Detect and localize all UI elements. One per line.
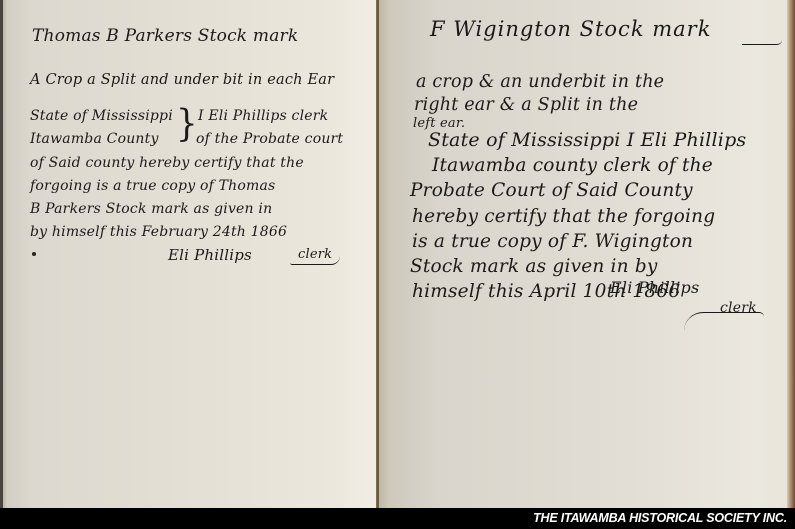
- caption-text: THE ITAWAMBA HISTORICAL SOCIETY INC.: [533, 511, 787, 525]
- left-cert-line-3: of Said county hereby certify that the: [30, 155, 304, 171]
- left-cert-line-4: forgoing is a true copy of Thomas: [30, 178, 275, 194]
- left-page-title: Thomas B Parkers Stock mark: [32, 26, 298, 46]
- right-cert-state: State of Mississippi I Eli Phillips: [428, 129, 746, 151]
- right-page-title: F Wigington Stock mark: [430, 17, 711, 41]
- right-desc-line-2: right ear & a Split in the: [414, 95, 638, 115]
- left-cert-clerk: I Eli Phillips clerk: [198, 108, 328, 124]
- left-cert-line-5: B Parkers Stock mark as given in: [30, 201, 272, 217]
- left-signature-flourish: [290, 256, 340, 265]
- ledger-photo: Thomas B Parkers Stock mark A Crop a Spl…: [0, 0, 795, 508]
- right-cert-county: Itawamba county clerk of the: [432, 155, 713, 176]
- left-cert-date: by himself this February 24th 1866: [30, 224, 287, 240]
- ink-dot: [32, 252, 36, 256]
- left-brace: }: [176, 102, 198, 146]
- left-signature: Eli Phillips: [168, 246, 252, 264]
- left-page-description: A Crop a Split and under bit in each Ear: [30, 72, 334, 88]
- right-title-flourish: [742, 40, 782, 45]
- right-desc-line-1: a crop & an underbit in the: [416, 72, 664, 92]
- right-cert-line-6: Stock mark as given in by: [410, 256, 658, 277]
- right-cert-line-5: is a true copy of F. Wigington: [412, 231, 693, 252]
- caption-bar: THE ITAWAMBA HISTORICAL SOCIETY INC.: [0, 508, 795, 529]
- left-cert-court: of the Probate court: [196, 131, 343, 147]
- right-signature-flourish: [684, 312, 764, 331]
- right-cert-line-3: Probate Court of Said County: [410, 180, 693, 201]
- left-cert-state: State of Mississippi: [30, 108, 173, 124]
- left-cert-county: Itawamba County: [30, 131, 159, 147]
- right-signature: Eli Phillips: [610, 278, 699, 297]
- right-cert-line-4: hereby certify that the forgoing: [412, 206, 715, 227]
